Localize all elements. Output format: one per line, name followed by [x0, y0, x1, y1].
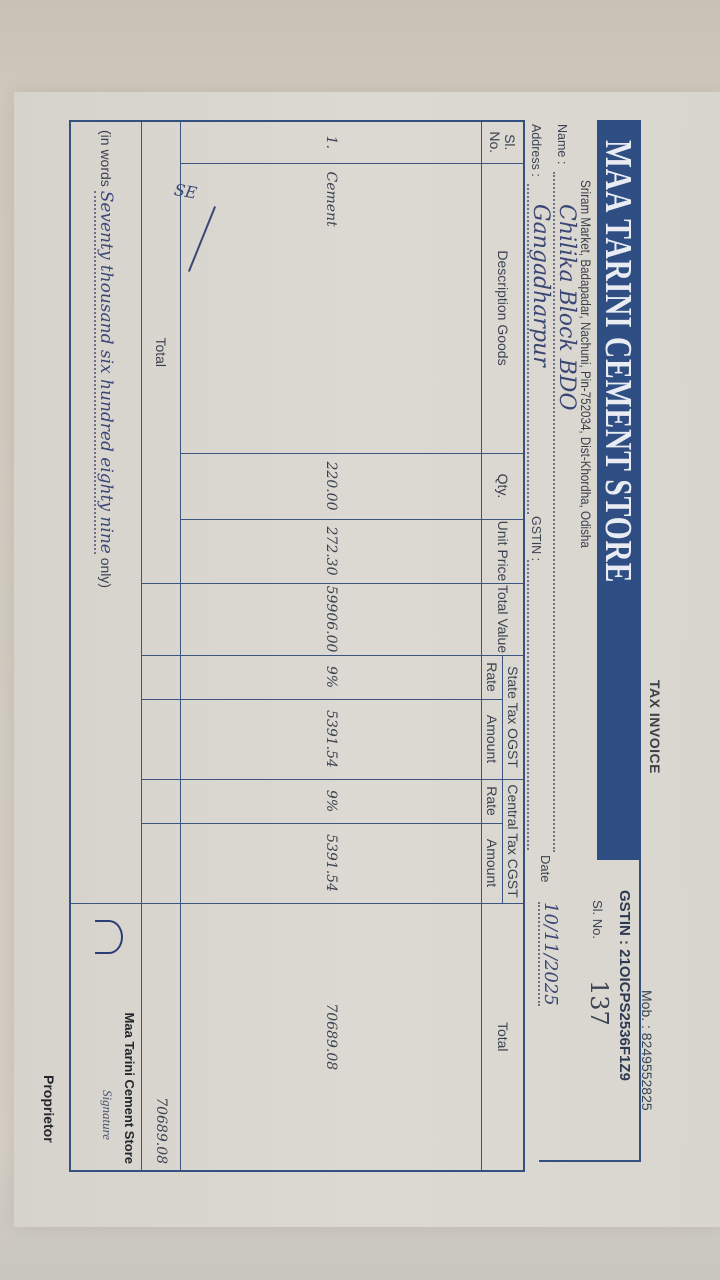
col-unit-price: Unit Price [482, 519, 525, 583]
cell-qty: 220.00 [181, 453, 482, 519]
scribble-annotation: SE [173, 180, 199, 203]
amount-in-words: (in words Seventy thousand six hundred e… [70, 121, 142, 903]
proprietor-label: Proprietor [41, 1075, 57, 1143]
date-label: Date [538, 855, 553, 882]
col-state-tax: State Tax OGST [503, 655, 525, 779]
tax-invoice: TAX INVOICE MAA TARINI CEMENT STORE Srir… [61, 120, 665, 1170]
date-value: 10/11/2025 [538, 902, 561, 1006]
mobile-number: Mob. : 8249552825 [639, 990, 655, 1111]
col-total-value: Total Value [482, 583, 525, 655]
cell-sgst-rate: 9% [181, 655, 482, 699]
in-words-value: Seventy thousand six hundred eighty nine [94, 191, 116, 554]
signature-cell: Maa Tarini Cement Store Signature [70, 903, 142, 1171]
cell-total: 70689.08 [181, 903, 482, 1171]
cell-sl-no: 1. [181, 121, 482, 163]
col-sgst-rate: Rate [482, 655, 503, 699]
serial-number-value: 137 [585, 980, 613, 1026]
col-central-tax: Central Tax CGST [503, 779, 525, 903]
customer-gstin-line [527, 560, 529, 850]
items-table: Sl. No. Description Goods Qty. Unit Pric… [69, 120, 525, 1172]
customer-address-label: Address : [529, 124, 543, 177]
col-cgst-rate: Rate [482, 779, 503, 823]
customer-name-label: Name : [555, 124, 569, 164]
store-address: Sriram Market, Badapadar, Nachuni, Pin-7… [578, 180, 593, 548]
amount-in-words-row: (in words Seventy thousand six hundred e… [70, 121, 142, 1171]
col-cgst-amount: Amount [482, 823, 503, 903]
in-words-label: (in words [98, 130, 114, 187]
cell-total-value: 59906.00 [181, 583, 482, 655]
customer-gstin-label: GSTIN : [529, 516, 543, 561]
signature-label: Signature [99, 1090, 115, 1140]
customer-name-value: Chilika Block BDO [554, 204, 579, 411]
col-total: Total [482, 903, 525, 1171]
in-words-suffix: only) [98, 558, 114, 588]
total-row: Total 70689.08 [142, 121, 181, 1171]
grand-total: 70689.08 [142, 903, 181, 1171]
signature-store-name: Maa Tarini Cement Store [122, 1013, 137, 1164]
document-type: TAX INVOICE [647, 680, 663, 774]
customer-address-value: Gangadharpur [528, 204, 553, 367]
cell-cgst-rate: 9% [181, 779, 482, 823]
col-sl-no: Sl. No. [482, 121, 525, 163]
cell-sgst-amount: 5391.54 [181, 699, 482, 779]
store-name: MAA TARINI CEMENT STORE [596, 140, 640, 583]
cell-cgst-amount: 5391.54 [181, 823, 482, 903]
store-gstin: GSTIN : 21OICPS2536F1Z9 [616, 890, 633, 1081]
table-row: 1. Cement 220.00 272.30 59906.00 9% 5391… [181, 121, 482, 1171]
col-qty: Qty. [482, 453, 525, 519]
cell-description: Cement [181, 163, 482, 453]
serial-number-label: Sl. No. [590, 900, 605, 939]
signature-mark-icon [95, 920, 123, 954]
col-sgst-amount: Amount [482, 699, 503, 779]
col-description: Description Goods [482, 163, 525, 453]
cell-unit-price: 272.30 [181, 519, 482, 583]
